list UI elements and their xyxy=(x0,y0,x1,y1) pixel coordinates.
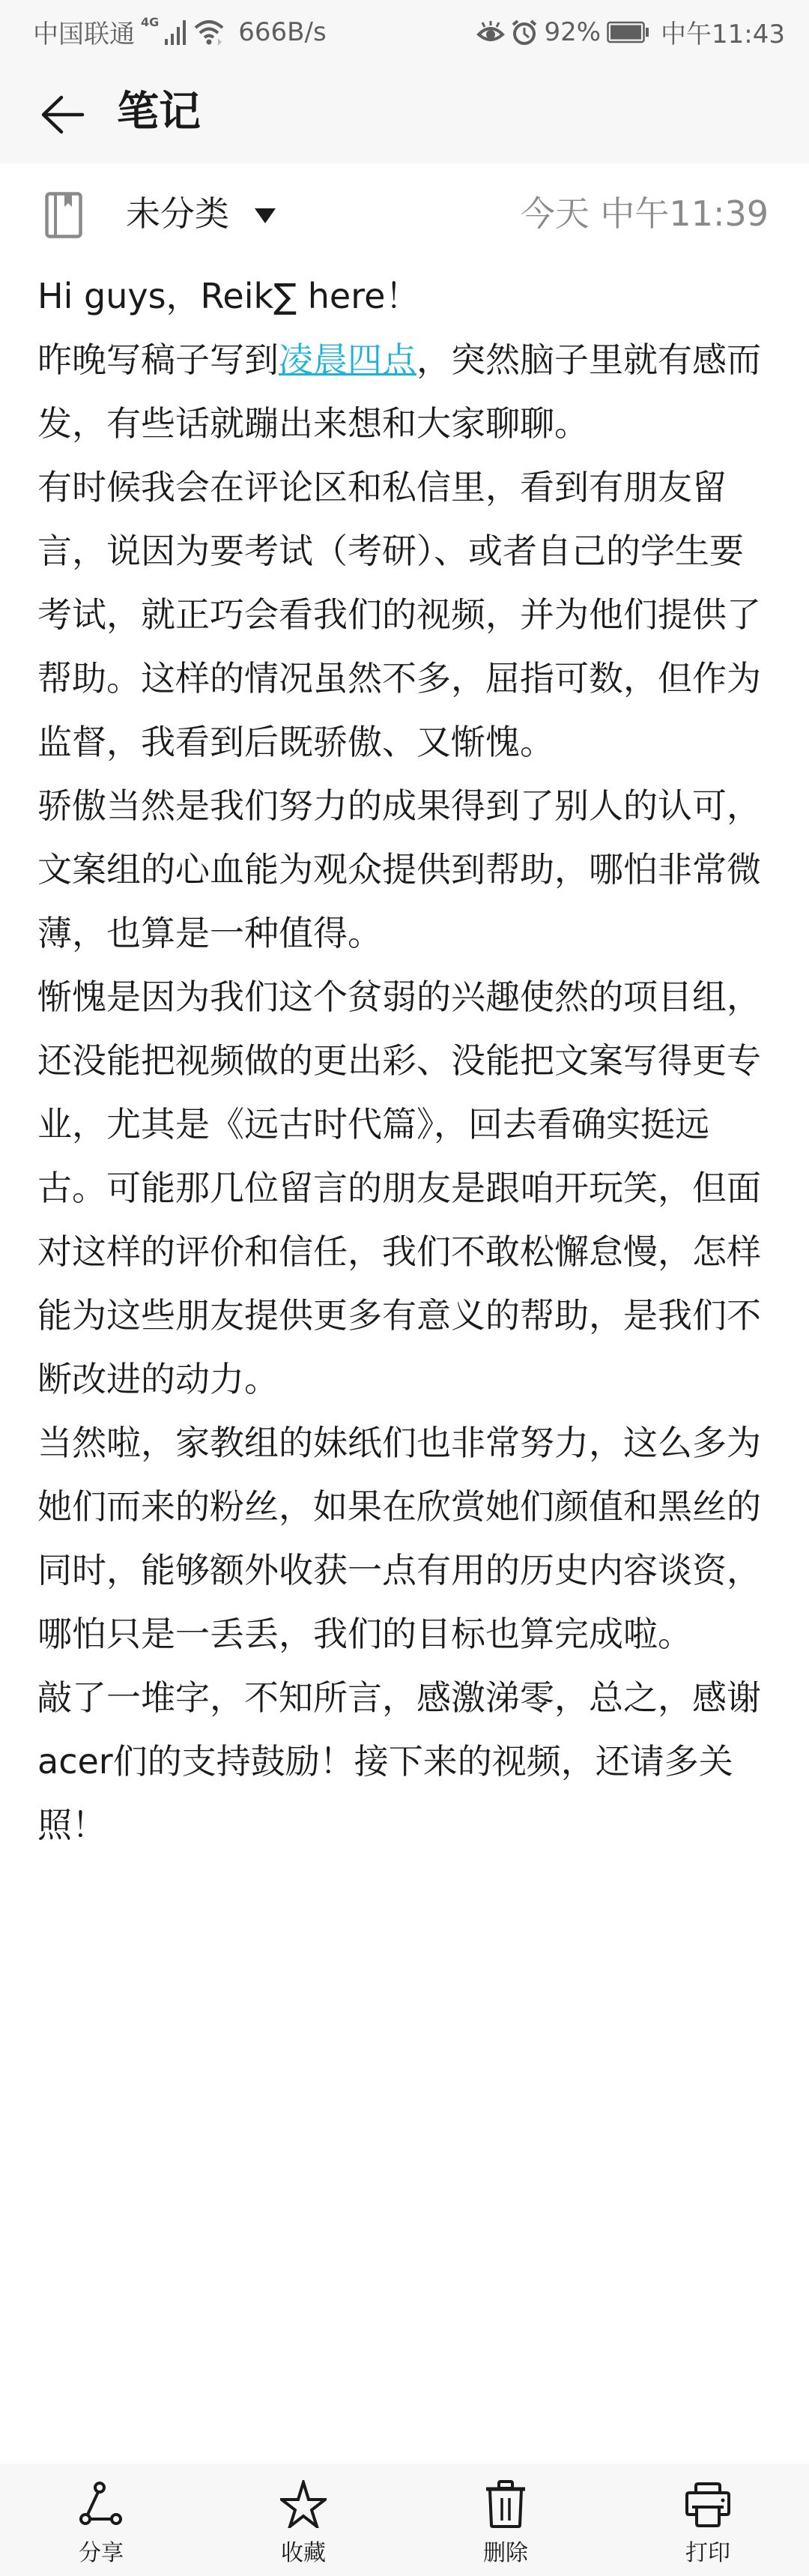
notebook-icon xyxy=(45,192,82,241)
category-dropdown[interactable]: 未分类 xyxy=(126,187,276,240)
top-bar: 中国联通 4G 666B/s 92% 中午11:43 xyxy=(0,0,809,163)
paragraph: 敲了一堆字，不知所言，感激涕零，总之，感谢acer们的支持鼓励！接下来的视频，还… xyxy=(37,1666,772,1857)
paragraph: 当然啦，家教组的妹纸们也非常努力，这么多为她们而来的粉丝，如果在欣赏她们颜值和黑… xyxy=(37,1411,772,1666)
battery-icon xyxy=(607,20,650,44)
bottom-toolbar: 分享 收藏 删除 打印 xyxy=(0,2464,809,2576)
carrier-label: 中国联通 xyxy=(33,13,135,50)
eye-icon xyxy=(476,19,505,45)
wifi-icon xyxy=(193,19,225,46)
time-link[interactable]: 凌晨四点 xyxy=(279,340,416,380)
trash-icon xyxy=(485,2480,527,2528)
battery-percent: 92% xyxy=(544,17,601,47)
alarm-icon xyxy=(511,19,538,46)
paragraph: 骄傲当然是我们努力的成果得到了别人的认可，文案组的心血能为观众提供到帮助，哪怕非… xyxy=(37,774,772,965)
printer-icon xyxy=(685,2480,731,2528)
favorite-button[interactable]: 收藏 xyxy=(202,2464,404,2576)
paragraph: Hi guys，Reik∑ here！ xyxy=(37,265,772,328)
note-body[interactable]: Hi guys，Reik∑ here！ 昨晚写稿子写到凌晨四点，突然脑子里就有感… xyxy=(37,265,772,1857)
category-label: 未分类 xyxy=(126,187,229,240)
paragraph: 有时候我会在评论区和私信里，看到有朋友留言，说因为要考试（考研）、或者自己的学生… xyxy=(37,456,772,774)
caret-down-icon xyxy=(255,208,276,223)
delete-label: 删除 xyxy=(483,2540,528,2567)
network-speed: 666B/s xyxy=(238,17,326,47)
delete-button[interactable]: 删除 xyxy=(404,2464,607,2576)
paragraph: 惭愧是因为我们这个贫弱的兴趣使然的项目组，还没能把视频做的更出彩、没能把文案写得… xyxy=(37,965,772,1411)
status-bar: 中国联通 4G 666B/s 92% 中午11:43 xyxy=(0,0,809,60)
signal-icon xyxy=(165,19,187,45)
favorite-label: 收藏 xyxy=(281,2540,326,2567)
arrow-left-icon xyxy=(36,88,88,141)
note-meta: 未分类 今天 中午11:39 xyxy=(0,187,809,247)
text: 昨晚写稿子写到 xyxy=(37,340,279,380)
print-button[interactable]: 打印 xyxy=(607,2464,809,2576)
back-button[interactable] xyxy=(36,88,88,141)
clock: 中午11:43 xyxy=(661,13,785,50)
share-button[interactable]: 分享 xyxy=(0,2464,202,2576)
network-type: 4G xyxy=(141,15,159,29)
share-icon xyxy=(79,2480,124,2528)
print-label: 打印 xyxy=(685,2540,730,2567)
share-label: 分享 xyxy=(79,2540,124,2567)
app-bar: 笔记 xyxy=(0,75,809,150)
page-title: 笔记 xyxy=(117,85,201,139)
star-icon xyxy=(280,2480,327,2528)
note-date: 今天 中午11:39 xyxy=(521,187,769,240)
paragraph: 昨晚写稿子写到凌晨四点，突然脑子里就有感而发，有些话就蹦出来想和大家聊聊。 xyxy=(37,328,772,456)
